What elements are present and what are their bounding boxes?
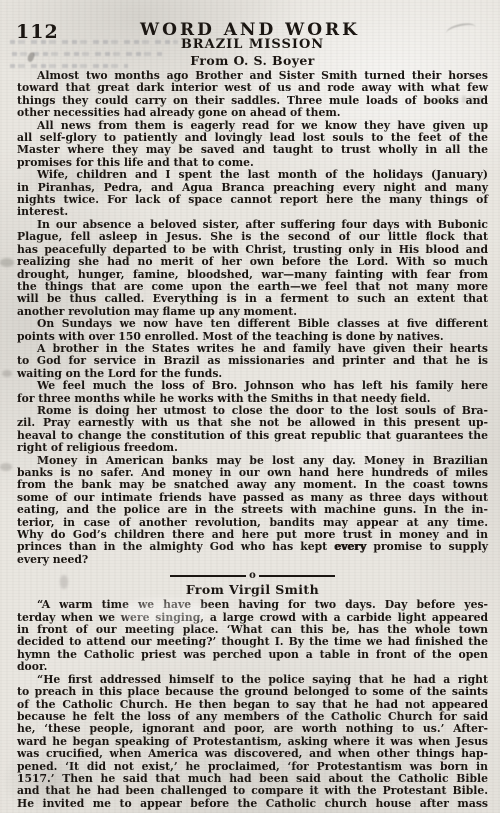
paragraph: Almost two months ago Brother and Sister… <box>17 70 488 120</box>
text-line: hymn the Catholic priest was perched upo… <box>17 649 488 661</box>
divider-ornament: o <box>246 571 259 581</box>
text-line: right of religious freedom. <box>17 442 488 454</box>
ink-smudge <box>0 258 14 267</box>
paragraph: On Sundays we now have ten different Bib… <box>17 318 488 343</box>
text-line: We feel much the loss of Bro. Johnson wh… <box>17 380 488 392</box>
section-heading: From Virgil Smith <box>17 582 488 597</box>
text-line: interest. <box>17 206 488 218</box>
text-line: other necessities had already gone on ah… <box>17 107 488 119</box>
paragraph: “He first addressed himself to the polic… <box>17 674 488 810</box>
text-line: he, ‘these people, ignorant and poor, ar… <box>17 723 488 735</box>
ink-smudge <box>0 463 12 471</box>
text-line: door. <box>17 661 488 673</box>
paragraph: Money in American banks may be lost any … <box>17 455 488 567</box>
text-line: Plague, fell asleep in Jesus. She is the… <box>17 231 488 243</box>
text-line: “A warm time we have been having for two… <box>17 599 488 611</box>
article-sections: From O. S. BoyerAlmost two months ago Br… <box>17 53 488 810</box>
text-line: was crucified, when America was discover… <box>17 748 488 760</box>
text-line: every need? <box>17 554 488 566</box>
paragraph: In our absence a beloved sister, after s… <box>17 219 488 318</box>
paragraph: All news from them is eagerly read for w… <box>17 120 488 170</box>
text-line: zil. Pray earnestly with us that she not… <box>17 417 488 429</box>
text-line: On Sundays we now have ten different Bib… <box>17 318 488 330</box>
section-divider: o <box>163 570 343 582</box>
paragraph: A brother in the States writes he and fa… <box>17 343 488 380</box>
text-line: will be thus called. Everything is in a … <box>17 293 488 305</box>
text-line: Master where they may be saved and taugh… <box>17 144 488 156</box>
text-line: decided to attend our meeting?’ thought … <box>17 636 488 648</box>
text-line: and that he had been challenged to compa… <box>17 785 488 797</box>
ink-bleed-smudge <box>10 40 185 76</box>
text-line: to preach in this place because the grou… <box>17 686 488 698</box>
ink-smudge <box>2 370 12 377</box>
text-line: toward that great dark interior west of … <box>17 82 488 94</box>
paragraph: We feel much the loss of Bro. Johnson wh… <box>17 380 488 405</box>
paragraph: Rome is doing her utmost to close the do… <box>17 405 488 455</box>
text-line: from the bank may be snatched away any m… <box>17 479 488 491</box>
paragraph: Wife, children and I spent the last mont… <box>17 169 488 219</box>
scanned-page: 112 WORD AND WORK BRAZIL MISSION From O.… <box>0 0 500 813</box>
paragraph: “A warm time we have been having for two… <box>17 599 488 673</box>
text-line: princes than in the almighty God who has… <box>17 541 488 553</box>
text-line: eating, and the police are in the street… <box>17 504 488 516</box>
text-line: He invited me to appear before the Catho… <box>17 798 488 810</box>
text-line: to God for service in Brazil as missiona… <box>17 355 488 367</box>
article-body: BRAZIL MISSION From O. S. BoyerAlmost tw… <box>17 37 488 810</box>
text-line: realizing she had no merit of her own be… <box>17 256 488 268</box>
text-line: nights twice. For lack of space cannot r… <box>17 194 488 206</box>
text-line: Wife, children and I spent the last mont… <box>17 169 488 181</box>
